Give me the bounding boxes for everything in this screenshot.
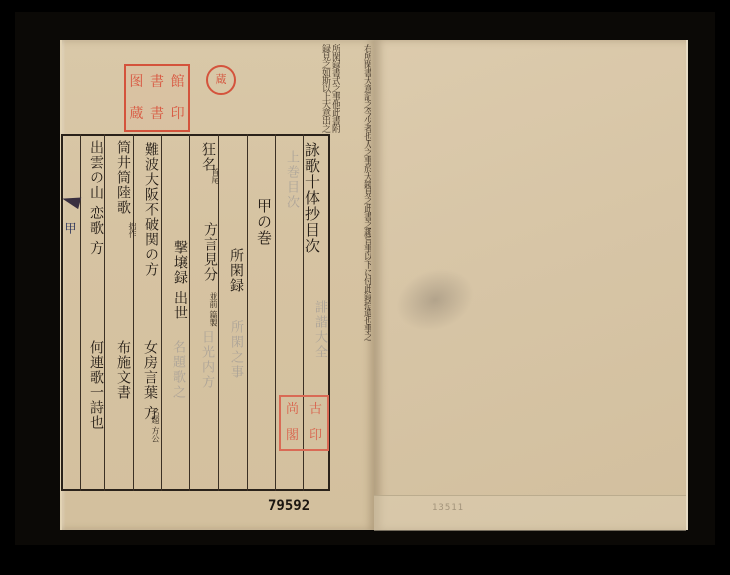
seal-char: 尚 [281, 397, 304, 423]
toc-entry: 方言見分 [200, 222, 220, 282]
owner-seal-small: 尚 古 閣 印 [279, 395, 329, 451]
toc-entry: 難波大阪不破関の方 [141, 142, 161, 277]
toc-entry: 撃壌録 出世 [170, 240, 190, 320]
seal-char: 蔵 [126, 98, 147, 130]
column-rule [133, 134, 134, 491]
handwritten-notes-side: 右所閑書大意記之今少者也人之事於大鏡見之此書之趣旨事以下に付此録拾遺也事之 [333, 44, 371, 494]
seal-char: 印 [167, 98, 188, 130]
bleed-through-text: 誹諧大全 [310, 300, 329, 360]
column-rule [80, 134, 81, 491]
toc-title: 詠歌十体抄目次 [302, 142, 323, 254]
toc-entry-note: 拙作 [127, 222, 138, 238]
bleed-through-text: 名題歌之 [168, 340, 187, 400]
column-rule [247, 134, 248, 491]
handwritten-notes-top: 所閑録書式之事他此書附録見之如斯以上大意出之 [232, 44, 340, 134]
accession-number: 79592 [268, 498, 310, 514]
margin-glyph: 甲 [62, 222, 79, 234]
toc-entry-note: 名題 方公 [150, 408, 161, 443]
seal-char: 古 [304, 397, 327, 423]
toc-entry: 布施文書 [113, 340, 133, 400]
toc-entry-note: 首尾 [210, 168, 221, 184]
bleed-through-text: 所閑之事 [226, 320, 245, 380]
bleed-through-text: 日光内方 [197, 330, 216, 390]
faint-stamp: 13511 [432, 503, 464, 513]
seal-char: 印 [304, 423, 327, 449]
toc-entry: 何連歌一詩也 [86, 340, 106, 430]
seal-char: 書 [147, 66, 168, 98]
library-seal-square: 图 書 館 蔵 書 印 [124, 64, 190, 132]
seal-char: 書 [147, 98, 168, 130]
toc-entry: 筒井筒陸歌 [113, 140, 133, 215]
seal-char: 館 [167, 66, 188, 98]
toc-entry-note: 並前 篇製 [208, 292, 219, 327]
seal-char: 图 [126, 66, 147, 98]
seal-char: 閣 [281, 423, 304, 449]
round-seal: 蔵 [206, 65, 236, 95]
column-rule [161, 134, 162, 491]
right-page-bottom-strip [374, 495, 686, 531]
toc-entry: 所閑録 [226, 248, 246, 293]
bleed-through-text: 上巻目次 [282, 150, 301, 210]
volume-heading: 甲の巻 [254, 198, 275, 246]
column-rule [275, 134, 276, 491]
toc-entry: 出雲の山 恋歌 方 [86, 140, 106, 256]
